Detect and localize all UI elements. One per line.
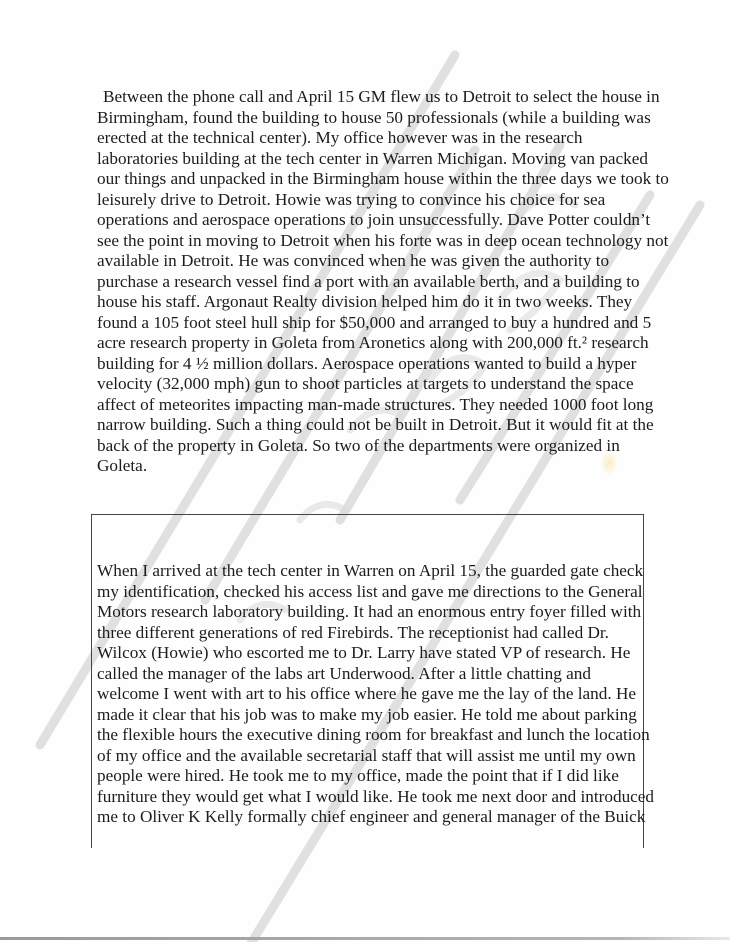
text-line: furniture they would get what I would li… [97, 787, 654, 808]
paragraph-relocation: Between the phone call and April 15 GM f… [97, 87, 669, 477]
text-line: Motors research laboratory building. It … [97, 602, 654, 623]
text-line: Between the phone call and April 15 GM f… [97, 87, 669, 108]
paragraph-arrival-warren: When I arrived at the tech center in War… [97, 561, 654, 828]
scan-bottom-edge [0, 937, 730, 940]
text-line: my identification, checked his access li… [97, 582, 654, 603]
text-line: the flexible hours the executive dining … [97, 725, 654, 746]
text-line: leisurely drive to Detroit. Howie was tr… [97, 190, 669, 211]
text-line: house his staff. Argonaut Realty divisio… [97, 292, 669, 313]
text-line: affect of meteorites impacting man-made … [97, 395, 669, 416]
text-line: people were hired. He took me to my offi… [97, 766, 654, 787]
text-line: see the point in moving to Detroit when … [97, 231, 669, 252]
text-line: When I arrived at the tech center in War… [97, 561, 654, 582]
text-line: Goleta. [97, 456, 669, 477]
text-line: made it clear that his job was to make m… [97, 705, 654, 726]
text-line: acre research property in Goleta from Ar… [97, 333, 669, 354]
text-line: back of the property in Goleta. So two o… [97, 436, 669, 457]
text-line: purchase a research vessel find a port w… [97, 272, 669, 293]
text-line: Wilcox (Howie) who escorted me to Dr. La… [97, 643, 654, 664]
text-line: welcome I went with art to his office wh… [97, 684, 654, 705]
scanned-page: Between the phone call and April 15 GM f… [0, 0, 730, 942]
text-line: available in Detroit. He was convinced w… [97, 251, 669, 272]
text-line: building for 4 ½ million dollars. Aerosp… [97, 354, 669, 375]
text-line: operations and aerospace operations to j… [97, 210, 669, 231]
text-line: me to Oliver K Kelly formally chief engi… [97, 807, 654, 828]
text-line: erected at the technical center). My off… [97, 128, 669, 149]
text-line: velocity (32,000 mph) gun to shoot parti… [97, 374, 669, 395]
text-line: found a 105 foot steel hull ship for $50… [97, 313, 669, 334]
text-line: Birmingham, found the building to house … [97, 108, 669, 129]
text-line: three different generations of red Fireb… [97, 623, 654, 644]
text-line: narrow building. Such a thing could not … [97, 415, 669, 436]
text-line: our things and unpacked in the Birmingha… [97, 169, 669, 190]
text-line: of my office and the available secretari… [97, 746, 654, 767]
text-line: called the manager of the labs art Under… [97, 664, 654, 685]
text-line: laboratories building at the tech center… [97, 149, 669, 170]
